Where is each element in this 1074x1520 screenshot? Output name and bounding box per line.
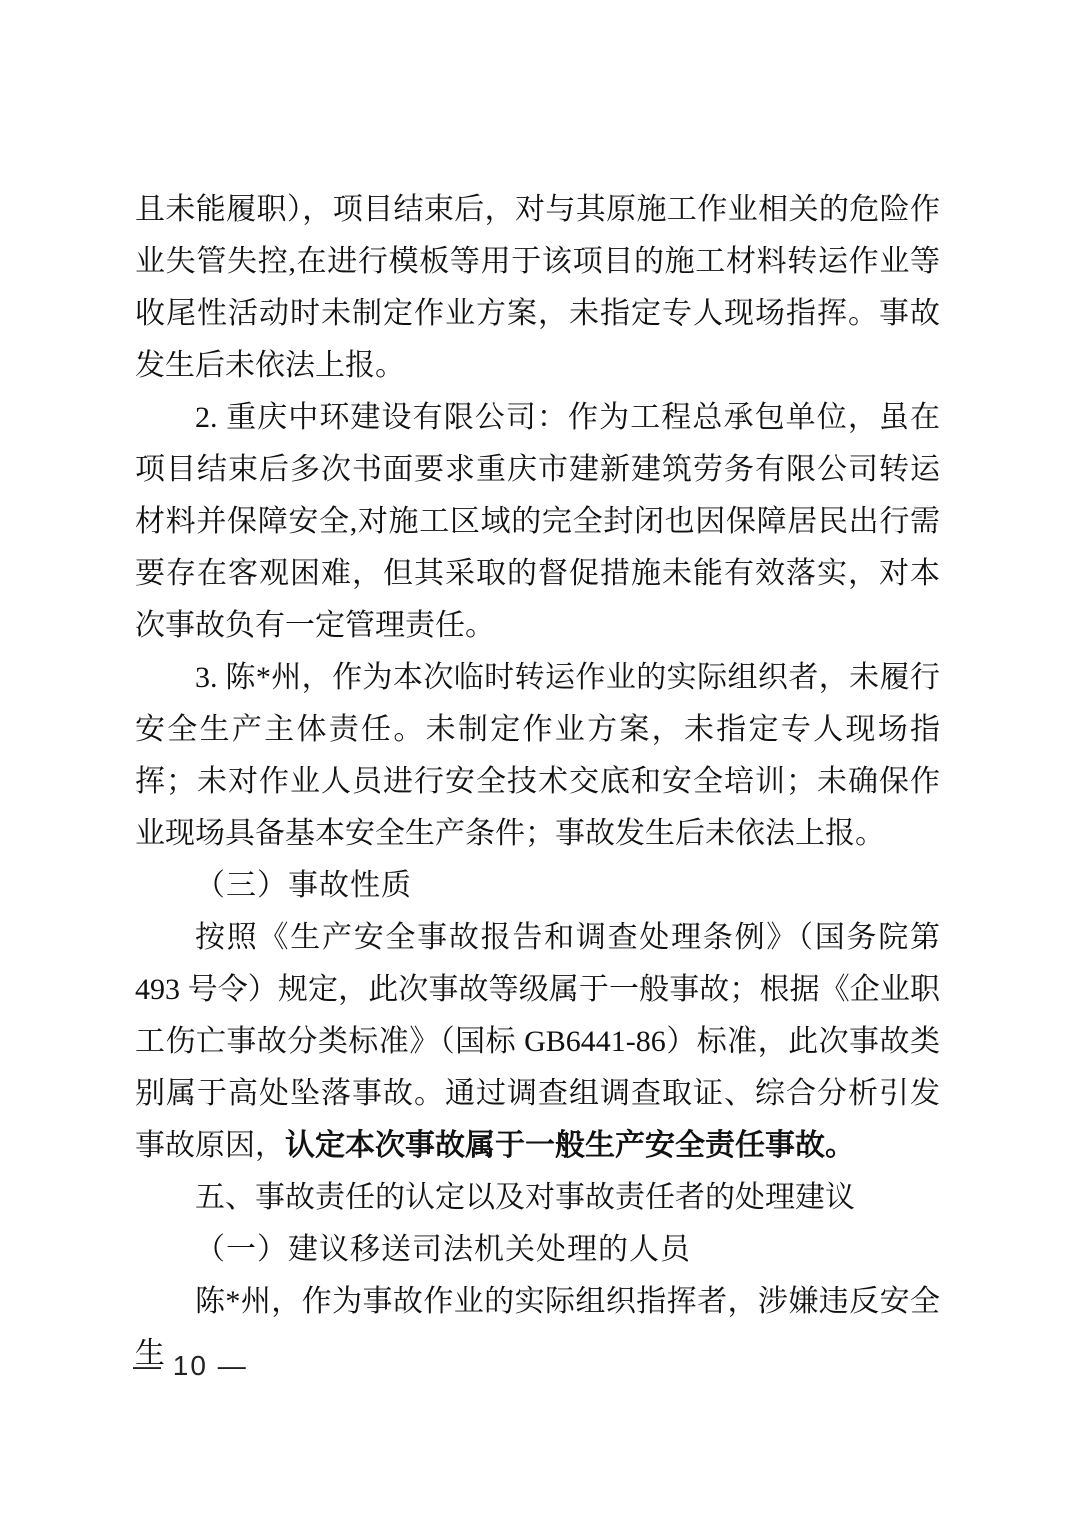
document-body: 且未能履职），项目结束后，对与其原施工作业相关的危险作业失管失控,在进行模板等用… xyxy=(135,184,940,1380)
heading-accident-nature: （三）事故性质 xyxy=(135,860,940,912)
paragraph-last-line: 陈*州，作为事故作业的实际组织指挥者，涉嫌违反安全生 xyxy=(135,1276,940,1380)
paragraph-responsibility-item-3: 3. 陈*州，作为本次临时转运作业的实际组织者，未履行安全生产主体责任。未制定作… xyxy=(135,652,940,860)
paragraph-responsibility-item-2: 2. 重庆中环建设有限公司：作为工程总承包单位，虽在项目结束后多次书面要求重庆市… xyxy=(135,392,940,652)
page-footer: — 10 — xyxy=(133,1350,248,1382)
accident-nature-bold-conclusion: 认定本次事故属于一般生产安全责任事故。 xyxy=(285,1129,855,1162)
paragraph-accident-nature: 按照《生产安全事故报告和调查处理条例》（国务院第 493 号令）规定，此次事故等… xyxy=(135,912,940,1172)
paragraph-continuation: 且未能履职），项目结束后，对与其原施工作业相关的危险作业失管失控,在进行模板等用… xyxy=(135,184,940,392)
document-page: 且未能履职），项目结束后，对与其原施工作业相关的危险作业失管失控,在进行模板等用… xyxy=(0,0,1074,1520)
accident-nature-normal-text: 按照《生产安全事故报告和调查处理条例》（国务院第 493 号令）规定，此次事故等… xyxy=(135,921,940,1162)
heading-judicial-referral: （一）建议移送司法机关处理的人员 xyxy=(135,1224,940,1276)
page-number: — 10 — xyxy=(133,1350,248,1381)
heading-section-five: 五、事故责任的认定以及对事故责任者的处理建议 xyxy=(135,1172,940,1224)
